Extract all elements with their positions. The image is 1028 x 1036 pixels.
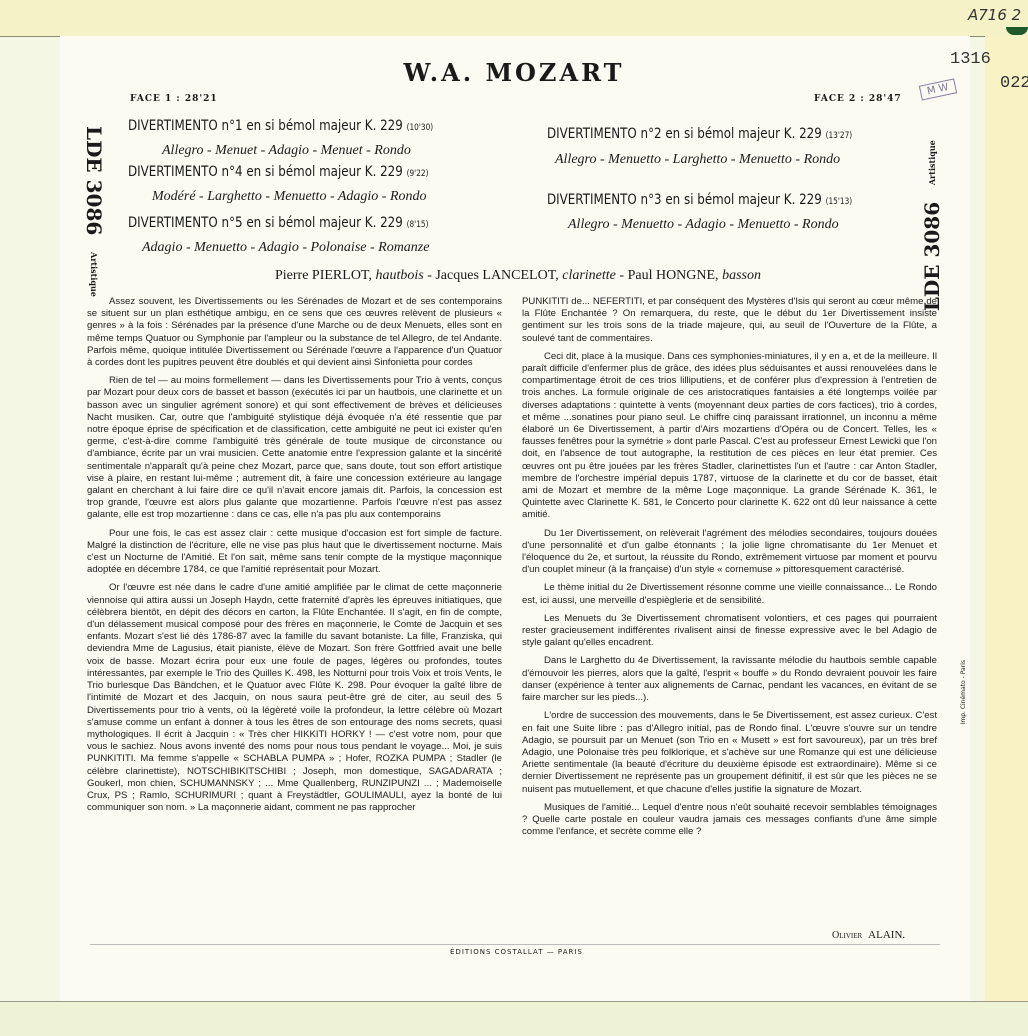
work-title: DIVERTIMENTO n°4 en si bémol majeur K. 2… bbox=[128, 164, 428, 180]
composer-title: W.A. MOZART bbox=[0, 58, 1028, 87]
notes-paragraph: Musiques de l'amitié... Lequel d'entre n… bbox=[522, 802, 937, 839]
face1-duration: FACE 1 : 28'21 bbox=[130, 94, 218, 104]
work-duration: (10'30) bbox=[407, 123, 434, 133]
work-title: DIVERTIMENTO n°1 en si bémol majeur K. 2… bbox=[128, 118, 433, 134]
work-title: DIVERTIMENTO n°5 en si bémol majeur K. 2… bbox=[128, 215, 428, 231]
notes-paragraph: Ceci dit, place à la musique. Dans ces s… bbox=[522, 351, 937, 522]
notes-paragraph: L'ordre de succession des mouvements, da… bbox=[522, 710, 937, 795]
notes-paragraph: Assez souvent, les Divertissements ou le… bbox=[87, 296, 502, 369]
work-movements: Adagio - Menuetto - Adagio - Polonaise -… bbox=[142, 240, 429, 256]
printer-credit: Imp. Cinémato - Paris bbox=[960, 660, 967, 724]
cover-right-edge bbox=[985, 36, 1028, 1001]
catalog-number-right: LDE 3086 Artistique bbox=[920, 140, 944, 311]
work-title: DIVERTIMENTO n°2 en si bémol majeur K. 2… bbox=[547, 126, 852, 142]
liner-notes-right-column: PUNKITITI de... NEFERTITI, et par conséq… bbox=[522, 296, 937, 844]
footer-divider bbox=[90, 944, 940, 945]
notes-paragraph: Le thème initial du 2e Divertissement ré… bbox=[522, 582, 937, 606]
work-movements: Allegro - Menuetto - Adagio - Menuetto -… bbox=[568, 217, 839, 233]
notes-paragraph: Les Menuets du 3e Divertissement chromat… bbox=[522, 613, 937, 650]
cover-bottom-edge bbox=[0, 1001, 1028, 1036]
author-signature: OlivierALAIN. bbox=[832, 929, 905, 941]
work-duration: (9'22) bbox=[407, 169, 429, 179]
work-movements: Modéré - Larghetto - Menuetto - Adagio -… bbox=[152, 189, 427, 205]
catalog-number-left: LDE 3086 Artistique bbox=[82, 126, 106, 297]
cover-top-edge bbox=[0, 0, 1028, 37]
notes-paragraph: Rien de tel — au moins formellement — da… bbox=[87, 375, 502, 521]
catalog-number: LDE 3086 bbox=[82, 126, 106, 235]
performers-credit: Pierre PIERLOT, hautbois - Jacques LANCE… bbox=[275, 268, 761, 284]
handwritten-note: A716 2 bbox=[968, 6, 1021, 24]
work-movements: Allegro - Menuetto - Larghetto - Menuett… bbox=[555, 152, 840, 168]
notes-paragraph: PUNKITITI de... NEFERTITI, et par conséq… bbox=[522, 296, 937, 345]
publisher-credit: ÉDITIONS COSTALLAT — PARIS bbox=[450, 948, 583, 956]
liner-notes-left-column: Assez souvent, les Divertissements ou le… bbox=[87, 296, 502, 820]
work-duration: (13'27) bbox=[826, 131, 853, 141]
notes-paragraph: Or l'œuvre est née dans le cadre d'une a… bbox=[87, 582, 502, 814]
notes-paragraph: Pour une fois, le cas est assez clair : … bbox=[87, 528, 502, 577]
face2-duration: FACE 2 : 28'47 bbox=[814, 94, 902, 104]
notes-paragraph: Du 1er Divertissement, on relèverait l'a… bbox=[522, 528, 937, 577]
label-name: Artistique bbox=[927, 140, 937, 185]
work-movements: Allegro - Menuet - Adagio - Menuet - Ron… bbox=[162, 143, 411, 159]
work-duration: (15'13) bbox=[826, 197, 853, 207]
notes-paragraph: Dans le Larghetto du 4e Divertissement, … bbox=[522, 655, 937, 704]
catalog-number: LDE 3086 bbox=[920, 202, 944, 311]
label-name: Artistique bbox=[89, 252, 99, 297]
work-duration: (8'15) bbox=[407, 220, 429, 230]
work-title: DIVERTIMENTO n°3 en si bémol majeur K. 2… bbox=[547, 192, 852, 208]
